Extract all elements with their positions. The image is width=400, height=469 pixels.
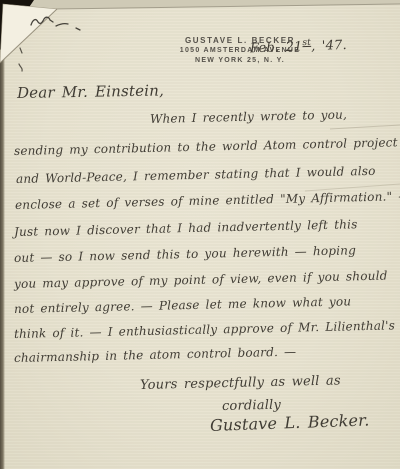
letter-date: Feb. 21st, '47. (250, 37, 347, 57)
date-day: Feb. 21 (250, 39, 303, 56)
letterhead-city: NEW YORK 25, N. Y. (140, 56, 340, 66)
scanned-letter: GUSTAVE L. BECKER 1050 AMSTERDAM AVENUE … (0, 0, 400, 469)
closing-line: cordially (222, 398, 281, 414)
salutation: Dear Mr. Einstein, (17, 81, 164, 102)
folded-corner (0, 0, 110, 90)
date-year: , '47. (311, 38, 347, 54)
pencil-dot-marks (19, 48, 22, 71)
